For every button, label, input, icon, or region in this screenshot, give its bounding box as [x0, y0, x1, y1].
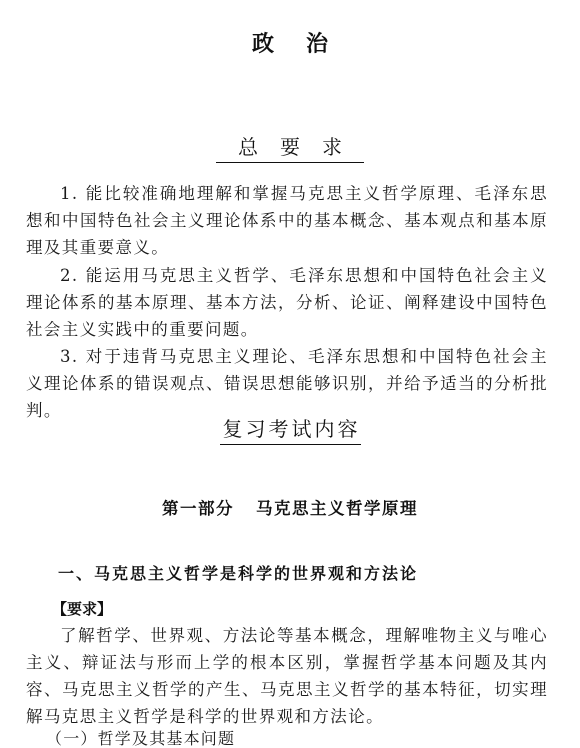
chapter-requirement-text: 了解哲学、世界观、方法论等基本概念，理解唯物主义与唯心主义、辩证法与形而上学的根…: [26, 622, 548, 730]
part-name: 马克思主义哲学原理: [256, 499, 418, 518]
subsection-title: （一）哲学及其基本问题: [46, 728, 235, 748]
review-content-heading-text: 复习考试内容: [220, 416, 361, 445]
chapter-title: 一、马克思主义哲学是科学的世界观和方法论: [58, 562, 418, 586]
requirement-item-1: 1. 能比较准确地理解和掌握马克思主义哲学原理、毛泽东思想和中国特色社会主义理论…: [26, 180, 548, 261]
requirement-label: 【要求】: [52, 598, 112, 620]
general-requirements-heading-text: 总要求: [216, 134, 364, 163]
document-title: 政治: [0, 30, 580, 60]
general-requirements-heading: 总要求: [0, 134, 580, 163]
requirement-item-3: 3. 对于违背马克思主义理论、毛泽东思想和中国特色社会主义理论体系的错误观点、错…: [26, 343, 548, 424]
part-number: 第一部分: [162, 499, 234, 518]
part-title: 第一部分马克思主义哲学原理: [0, 497, 580, 521]
requirement-item-2: 2. 能运用马克思主义哲学、毛泽东思想和中国特色社会主义理论体系的基本原理、基本…: [26, 262, 548, 343]
review-content-heading: 复习考试内容: [0, 416, 580, 445]
document-page: 政治 总要求 1. 能比较准确地理解和掌握马克思主义哲学原理、毛泽东思想和中国特…: [0, 0, 580, 748]
